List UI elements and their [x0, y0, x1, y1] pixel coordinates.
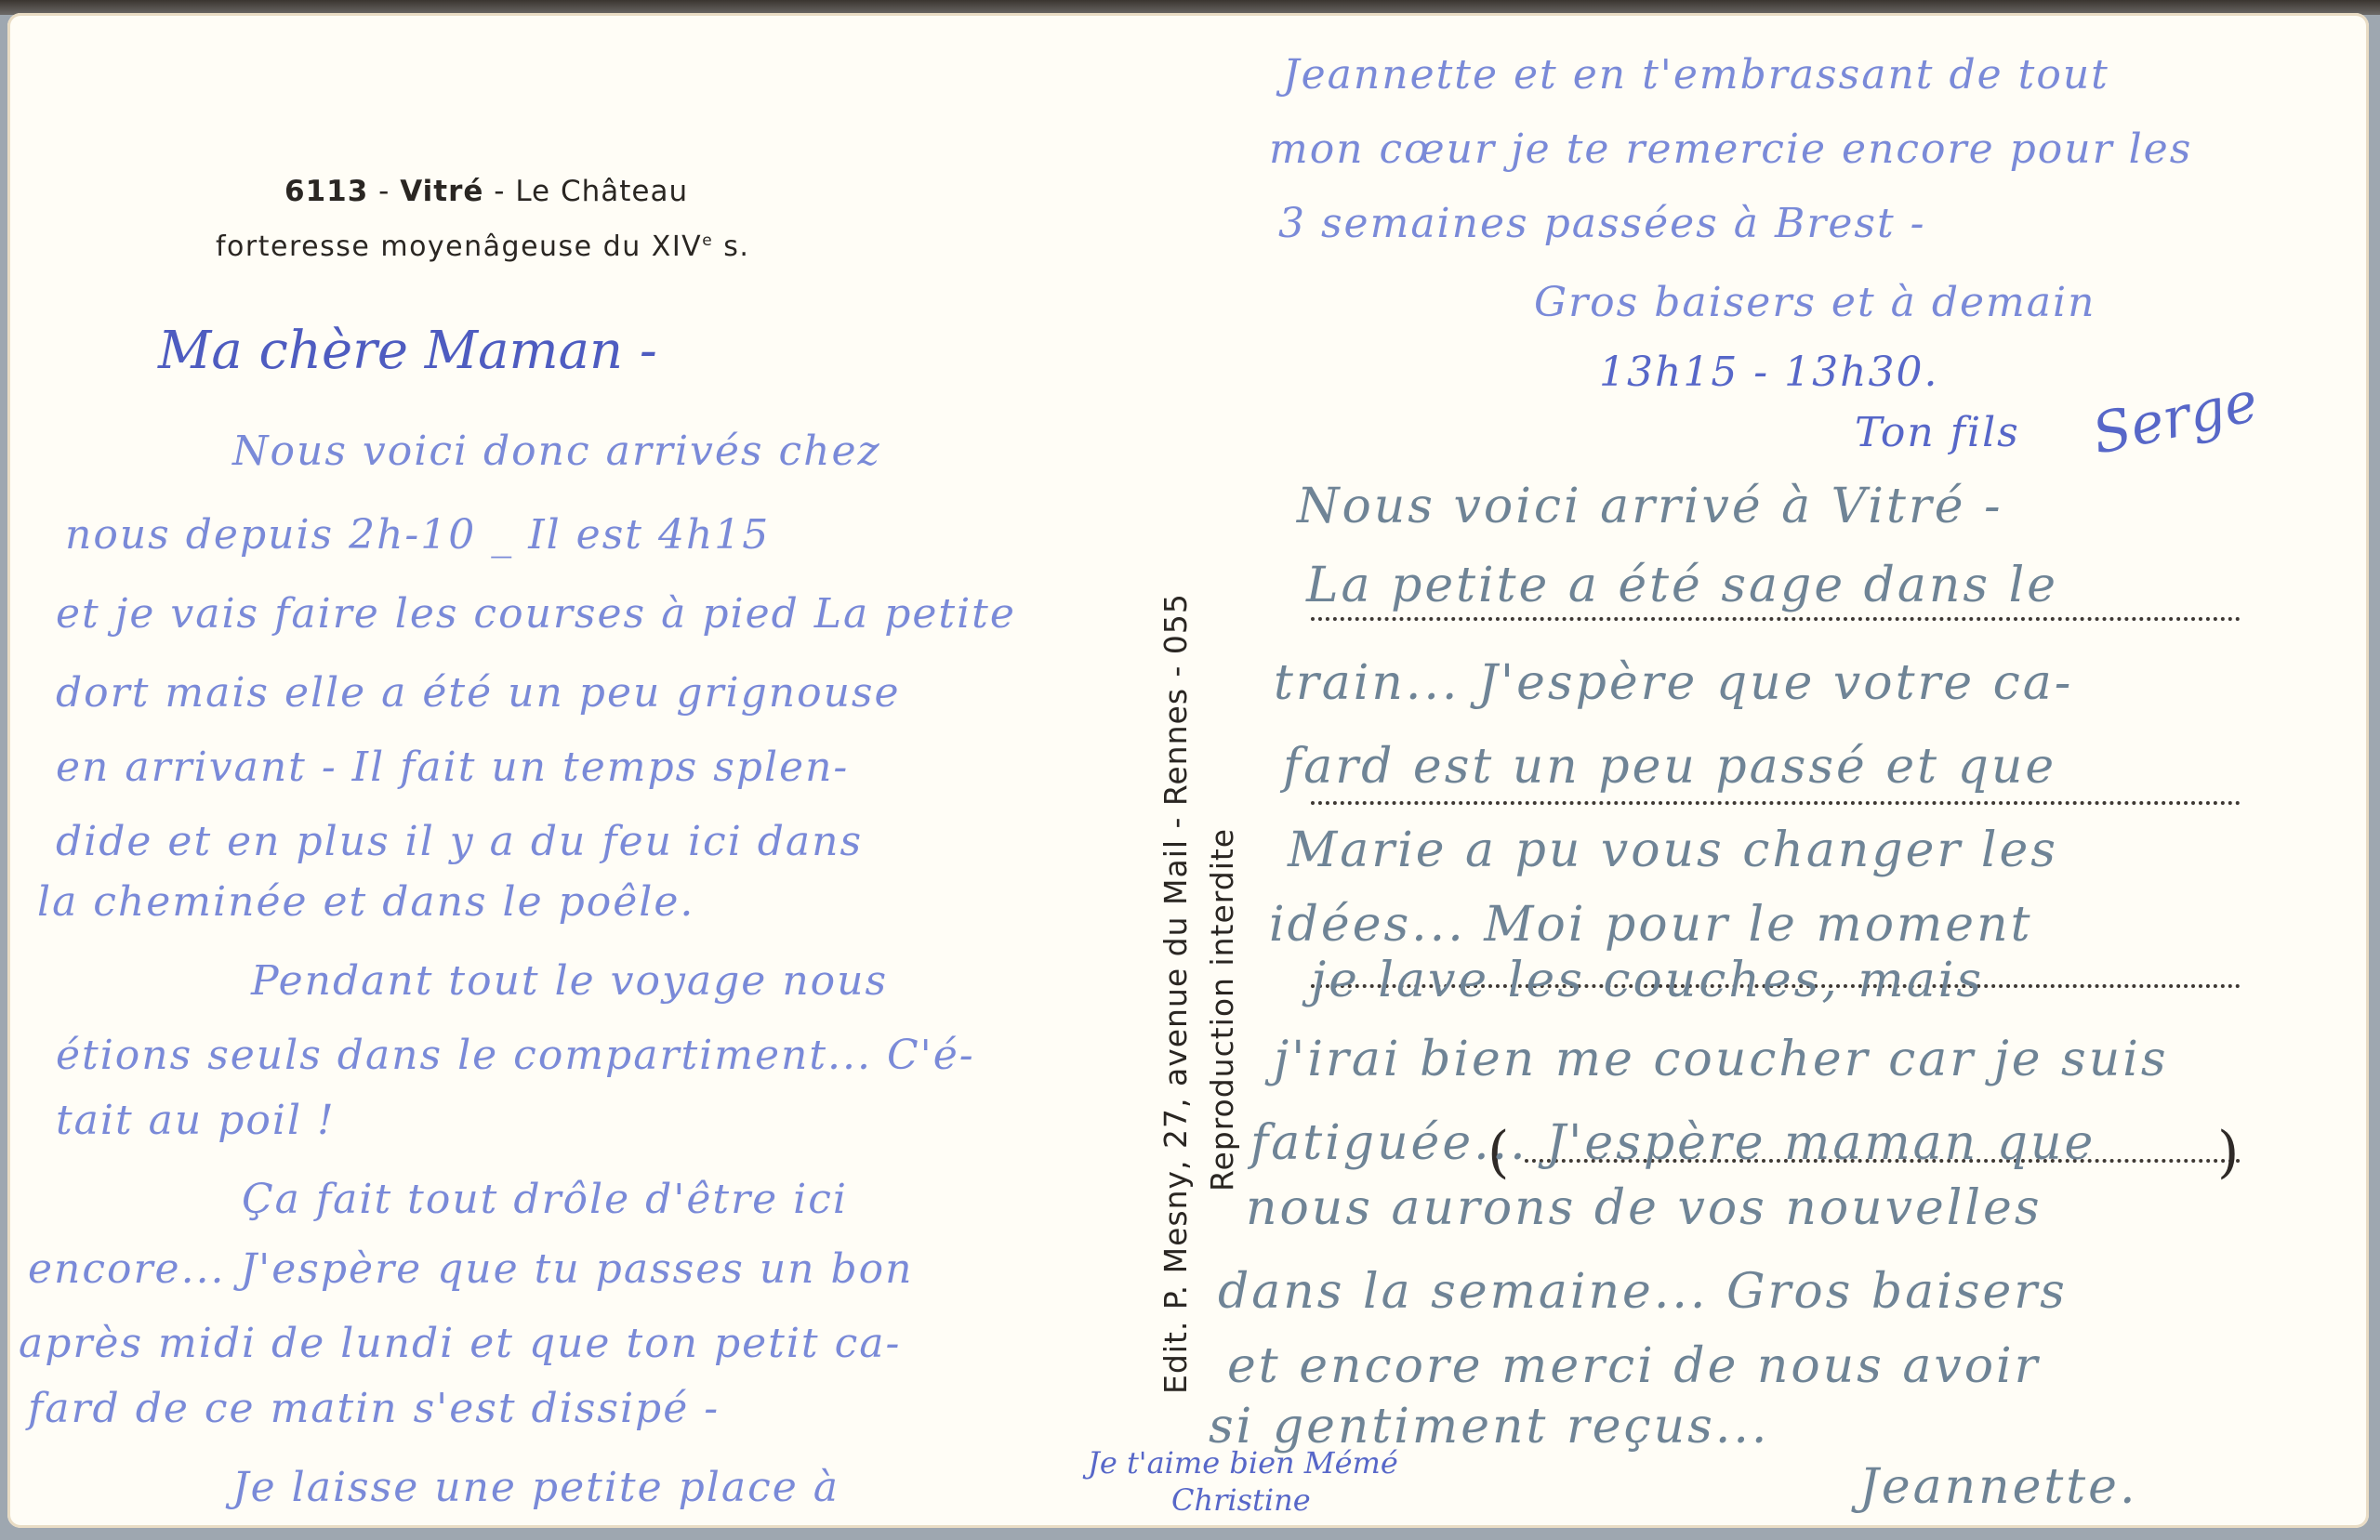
- right-main-line: train... J'espère que votre ca-: [1274, 655, 2073, 711]
- left-line: dort mais elle a été un peu grignouse: [56, 669, 901, 717]
- left-line: la cheminée et dans le poêle.: [37, 878, 694, 926]
- subtitle-end: s.: [713, 230, 749, 263]
- address-line: [1311, 801, 2241, 805]
- right-top-line: Jeannette et en t'embrassant de tout: [1283, 51, 2109, 99]
- left-line: fard de ce matin s'est dissipé -: [28, 1385, 720, 1432]
- right-main-line: nous aurons de vos nouvelles: [1246, 1180, 2043, 1236]
- right-main-line: La petite a été sage dans le: [1306, 558, 2058, 613]
- greeting: Ma chère Maman -: [158, 321, 657, 381]
- right-main-line: Nous voici arrivé à Vitré -: [1297, 479, 2003, 534]
- right-top-line: 13h15 - 13h30.: [1599, 349, 1938, 396]
- caption-title: Le Château: [515, 175, 688, 208]
- subtitle-sup: e: [702, 231, 713, 250]
- left-line: après midi de lundi et que ton petit ca-: [19, 1320, 901, 1367]
- printed-bracket-right: ): [2217, 1120, 2239, 1185]
- printed-caption-title: 6113 - Vitré - Le Château: [284, 175, 688, 208]
- address-line: [1311, 617, 2241, 621]
- right-top-line: mon cœur je te remercie encore pour les: [1269, 125, 2192, 173]
- right-main-line: fatiguée... J'espère maman que: [1250, 1115, 2096, 1171]
- right-main-line: dans la semaine... Gros baisers: [1218, 1264, 2068, 1320]
- footnote-signature: Christine: [1171, 1482, 1311, 1518]
- right-main-line: Marie a pu vous changer les: [1288, 823, 2058, 878]
- right-main-line: fard est un peu passé et que: [1283, 739, 2056, 795]
- left-line: nous depuis 2h-10 _ Il est 4h15: [65, 511, 770, 559]
- left-line: étions seuls dans le compartiment... C'é…: [56, 1032, 975, 1079]
- left-line: encore... J'espère que tu passes un bon: [28, 1245, 914, 1293]
- left-line: Pendant tout le voyage nous: [251, 957, 888, 1005]
- signature-jeannette: Jeannette.: [1859, 1459, 2137, 1515]
- right-main-line: si gentiment reçus...: [1209, 1399, 1769, 1454]
- left-line: dide et en plus il y a du feu ici dans: [56, 818, 863, 865]
- printed-caption-subtitle: forteresse moyenâgeuse du XIVe s.: [216, 230, 749, 263]
- right-main-line: idées... Moi pour le moment: [1269, 897, 2032, 953]
- right-main-line: j'irai bien me coucher car je suis: [1274, 1032, 2169, 1087]
- right-top-line: 3 semaines passées à Brest -: [1278, 200, 1926, 247]
- right-top-line: Gros baisers et à demain: [1534, 279, 2096, 326]
- left-line: tait au poil !: [56, 1097, 336, 1144]
- subtitle-text: forteresse moyenâgeuse du XIV: [216, 230, 702, 263]
- right-main-line: et encore merci de nous avoir: [1227, 1338, 2041, 1394]
- town-name: Vitré: [400, 175, 483, 208]
- left-line: en arrivant - Il fait un temps splen-: [56, 744, 849, 791]
- publisher-line: Edit. P. Mesny, 27, avenue du Mail - Ren…: [1157, 593, 1204, 1394]
- left-line: Nous voici donc arrivés chez: [232, 428, 881, 475]
- right-top-line: Ton fils: [1855, 409, 2020, 456]
- card-number: 6113: [284, 175, 368, 208]
- left-line: Je laisse une petite place à: [232, 1464, 840, 1511]
- left-line: et je vais faire les courses à pied La p…: [56, 590, 1016, 638]
- right-main-line: je lave les couches, mais: [1311, 953, 1984, 1008]
- left-line: Ça fait tout drôle d'être ici: [242, 1176, 848, 1223]
